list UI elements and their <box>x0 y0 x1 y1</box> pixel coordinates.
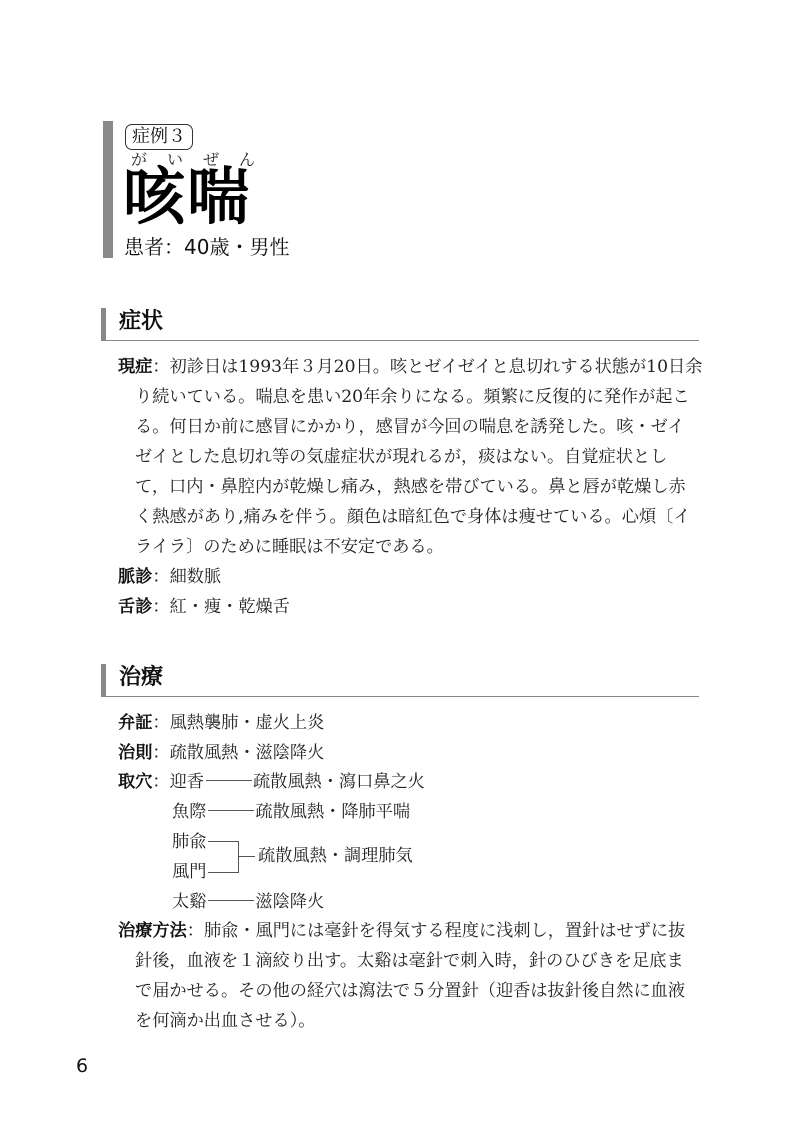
acupoint-row: 太谿滋陰降火 <box>172 888 324 916</box>
acupoint-effect: 滋陰降火 <box>255 892 324 912</box>
title-accent-bar <box>103 121 113 258</box>
acupoint-row: 取穴：迎香疏散風熱・瀉口鼻之火 <box>118 768 425 796</box>
term-colon: ： <box>152 772 169 792</box>
connector-line <box>208 900 254 901</box>
acupoint-effect: 疏散風熱・瀉口鼻之火 <box>253 772 425 792</box>
section-accent-bar <box>101 664 106 696</box>
acupoint-row: 風門 <box>172 858 206 886</box>
term-value: ：風熱襲肺・虚火上炎 <box>152 713 324 733</box>
term-label: 取穴 <box>118 772 152 792</box>
text-line: る。何日か前に感冒にかかり，感冒が今回の喘息を誘発した。咳・ゼイ <box>118 412 700 442</box>
acupoint-name: 迎香 <box>170 772 204 792</box>
section-title: 治療 <box>119 662 163 694</box>
term-value: ：紅・痩・乾燥舌 <box>152 597 290 617</box>
text-line: り続いている。喘息を患い20年余りになる。頻繁に反復的に発作が起こ <box>118 382 700 412</box>
section-accent-bar <box>101 308 106 340</box>
acupoint-effect: 疏散風熱・降肺平喘 <box>255 802 410 822</box>
diagnosis-row: 弁証：風熱襲肺・虚火上炎 <box>118 708 700 738</box>
acupoint-row: 肺兪 <box>172 828 206 856</box>
section-heading-treatment: 治療 <box>101 662 699 697</box>
acupoint-name: 風門 <box>172 862 206 882</box>
page-number: 6 <box>76 1055 88 1077</box>
treatment-method-paragraph: 治療方法：肺兪・風門には毫針を得気する程度に浅刺し，置針はせずに抜 針後，血液を… <box>118 916 700 1036</box>
text-line: を何滴か出血させる）。 <box>118 1006 700 1036</box>
principle-row: 治則：疏散風熱・滋陰降火 <box>118 738 700 768</box>
pulse-diagnosis: 脈診：細数脈 <box>118 562 700 592</box>
connector-line <box>206 780 252 781</box>
tongue-diagnosis: 舌診：紅・痩・乾燥舌 <box>118 592 700 622</box>
acupoint-row: 魚際疏散風熱・降肺平喘 <box>172 798 410 826</box>
treatment-summary: 弁証：風熱襲肺・虚火上炎 治則：疏散風熱・滋陰降火 <box>118 708 700 768</box>
bracket-connector <box>208 841 239 873</box>
current-symptoms-paragraph: 現症：初診日は1993年３月20日。咳とゼイゼイと息切れする状態が10日余 り続… <box>118 352 700 622</box>
text-line: 針後，血液を１滴絞り出す。太谿は毫針で刺入時，針のひびきを足底ま <box>118 946 700 976</box>
acupoint-name: 肺兪 <box>172 832 206 852</box>
term-label: 治療方法 <box>118 921 187 941</box>
text-line: ：初診日は1993年３月20日。咳とゼイゼイと息切れする状態が10日余 <box>152 357 702 377</box>
term-label: 弁証 <box>118 713 152 733</box>
term-label: 現症 <box>118 357 152 377</box>
term-value: ：疏散風熱・滋陰降火 <box>152 743 324 763</box>
term-label: 脈診 <box>118 567 152 587</box>
text-line: く熱感があり,痛みを伴う。顔色は暗紅色で身体は痩せている。心煩〔イ <box>118 502 700 532</box>
text-line: ライラ〕のために睡眠は不安定である。 <box>118 532 700 562</box>
term-value: ：細数脈 <box>152 567 221 587</box>
text-line: ゼイとした息切れ等の気虚症状が現れるが，痰はない。自覚症状とし <box>118 442 700 472</box>
acupoint-name: 魚際 <box>172 802 206 822</box>
case-title-block: 症例３ がいぜん 咳喘 患者：40歳・男性 <box>103 121 403 258</box>
text-line: て，口内・鼻腔内が乾燥し痛み，熱感を帯びている。鼻と唇が乾燥し赤 <box>118 472 700 502</box>
connector-line <box>239 856 255 857</box>
case-title: 咳喘 <box>123 161 251 233</box>
term-label: 治則 <box>118 743 152 763</box>
text-line: ：肺兪・風門には毫針を得気する程度に浅刺し，置針はせずに抜 <box>187 921 685 941</box>
patient-info: 患者：40歳・男性 <box>124 235 289 259</box>
grouped-effect: 疏散風熱・調理肺気 <box>258 842 413 870</box>
section-heading-symptoms: 症状 <box>101 306 699 341</box>
acupoint-name: 太谿 <box>172 892 206 912</box>
acupoint-effect: 疏散風熱・調理肺気 <box>258 846 413 866</box>
term-label: 舌診 <box>118 597 152 617</box>
connector-line <box>208 810 254 811</box>
section-title: 症状 <box>119 306 163 338</box>
text-line: で届かせる。その他の経穴は瀉法で５分置針（迎香は抜針後自然に血液 <box>118 976 700 1006</box>
